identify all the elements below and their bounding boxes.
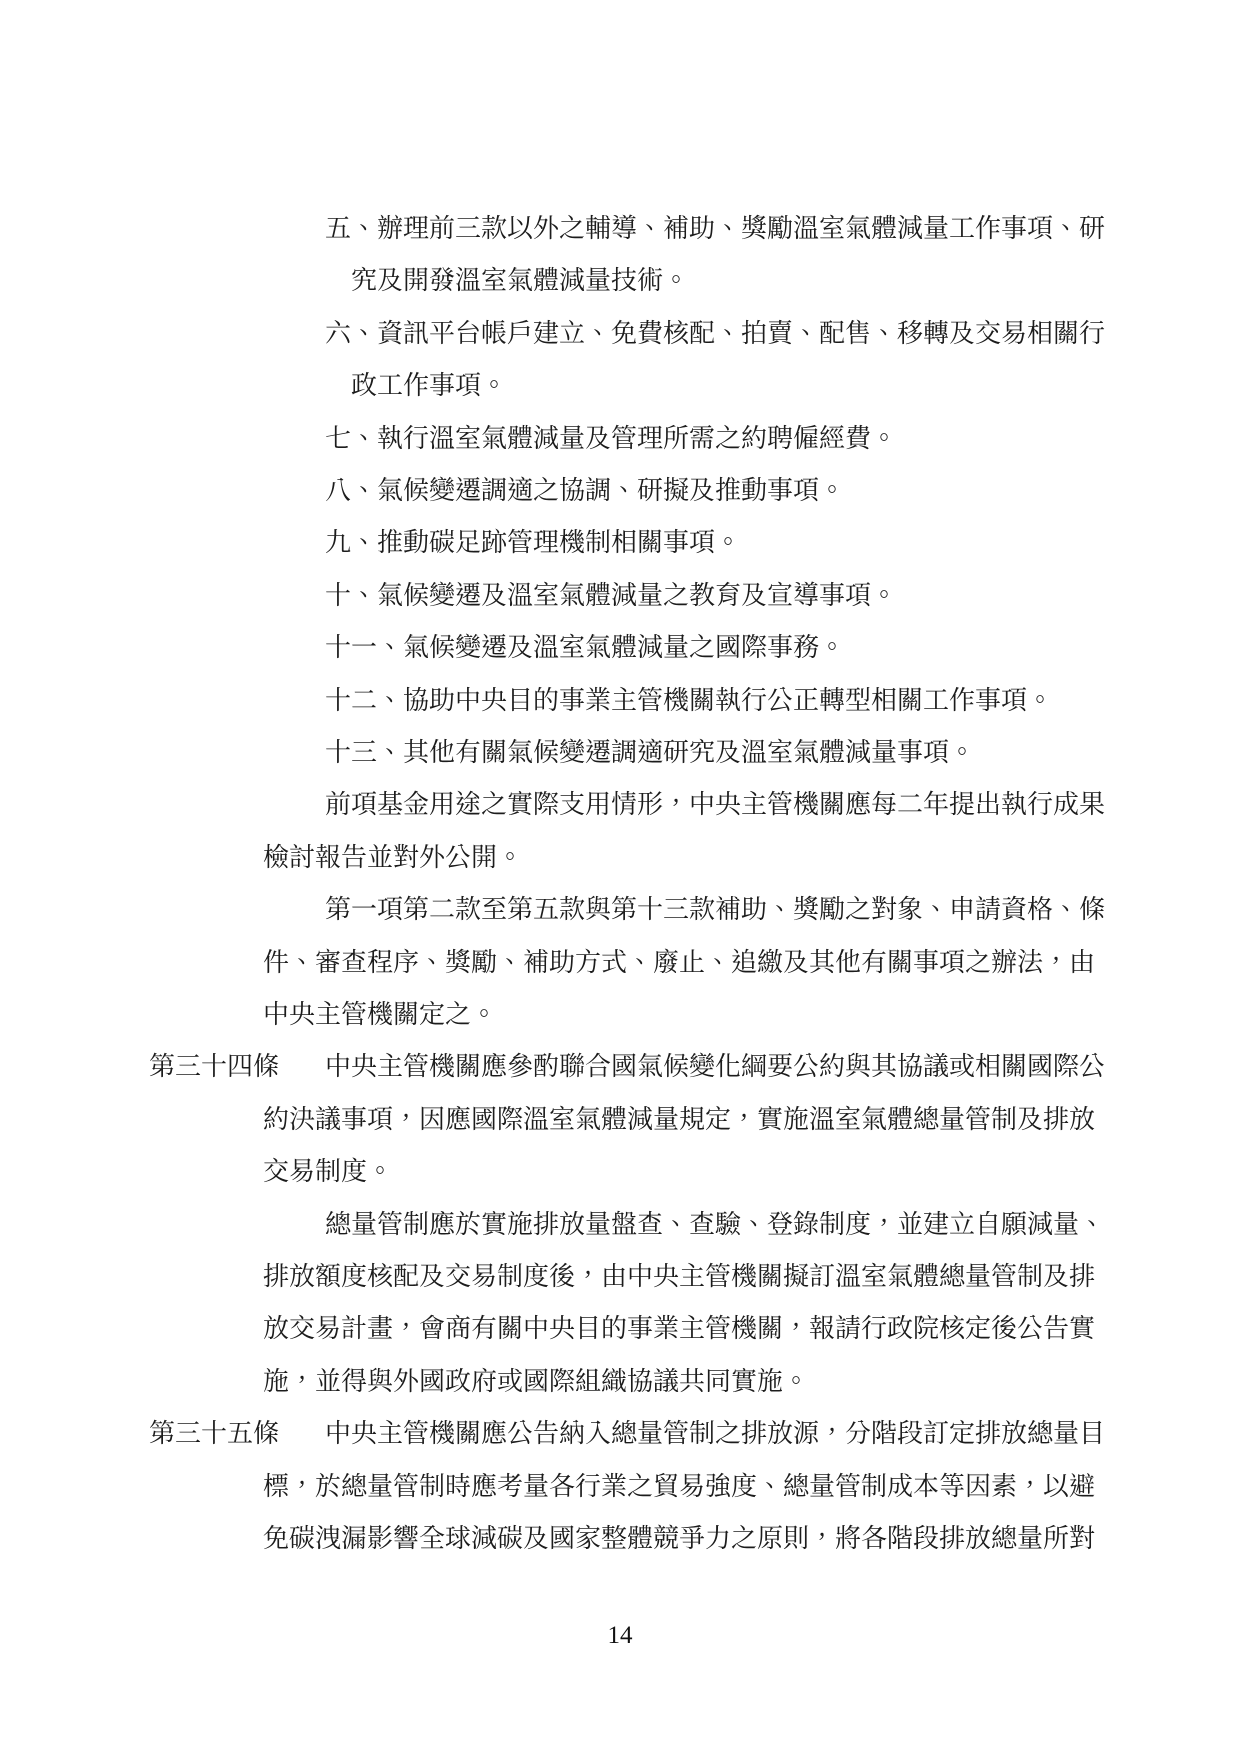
text-line: 中央主管機關定之。 <box>263 998 497 1032</box>
page-number: 14 <box>0 1622 1240 1650</box>
text-line: 排放額度核配及交易制度後，由中央主管機關擬訂溫室氣體總量管制及排 <box>263 1260 1095 1294</box>
text-line: 七、執行溫室氣體減量及管理所需之約聘僱經費。 <box>325 422 897 456</box>
text-line: 究及開發溫室氣體減量技術。 <box>351 264 689 298</box>
text-line: 前項基金用途之實際支用情形，中央主管機關應每二年提出執行成果 <box>325 788 1105 822</box>
text-line: 九、推動碳足跡管理機制相關事項。 <box>325 526 741 560</box>
text-line: 十三、其他有關氣候變遷調適研究及溫室氣體減量事項。 <box>325 736 975 770</box>
text-line: 八、氣候變遷調適之協調、研擬及推動事項。 <box>325 474 845 508</box>
text-line: 標，於總量管制時應考量各行業之貿易強度、總量管制成本等因素，以避 <box>263 1470 1095 1504</box>
text-line: 十二、協助中央目的事業主管機關執行公正轉型相關工作事項。 <box>325 684 1053 718</box>
text-line: 免碳洩漏影響全球減碳及國家整體競爭力之原則，將各階段排放總量所對 <box>263 1522 1095 1556</box>
article-number: 第三十五條 <box>149 1417 279 1451</box>
text-line: 六、資訊平台帳戶建立、免費核配、拍賣、配售、移轉及交易相關行 <box>325 317 1105 351</box>
document-page: 五、辦理前三款以外之輔導、補助、獎勵溫室氣體減量工作事項、研究及開發溫室氣體減量… <box>0 0 1240 1753</box>
text-line: 約決議事項，因應國際溫室氣體減量規定，實施溫室氣體總量管制及排放 <box>263 1103 1095 1137</box>
text-body: 五、辦理前三款以外之輔導、補助、獎勵溫室氣體減量工作事項、研究及開發溫室氣體減量… <box>0 0 1240 1753</box>
text-line: 第一項第二款至第五款與第十三款補助、獎勵之對象、申請資格、條 <box>325 893 1105 927</box>
text-line: 檢討報告並對外公開。 <box>263 841 523 875</box>
article-text: 中央主管機關應參酌聯合國氣候變化綱要公約與其協議或相關國際公 <box>325 1050 1105 1084</box>
article-text: 中央主管機關應公告納入總量管制之排放源，分階段訂定排放總量目 <box>325 1417 1105 1451</box>
text-line: 十、氣候變遷及溫室氣體減量之教育及宣導事項。 <box>325 579 897 613</box>
text-line: 總量管制應於實施排放量盤查、查驗、登錄制度，並建立自願減量、 <box>325 1208 1105 1242</box>
text-line: 交易制度。 <box>263 1155 393 1189</box>
text-line: 五、辦理前三款以外之輔導、補助、獎勵溫室氣體減量工作事項、研 <box>325 212 1105 246</box>
article-number: 第三十四條 <box>149 1050 279 1084</box>
text-line: 放交易計畫，會商有關中央目的事業主管機關，報請行政院核定後公告實 <box>263 1312 1095 1346</box>
text-line: 政工作事項。 <box>351 369 507 403</box>
text-line: 施，並得與外國政府或國際組織協議共同實施。 <box>263 1365 809 1399</box>
text-line: 件、審查程序、獎勵、補助方式、廢止、追繳及其他有關事項之辦法，由 <box>263 946 1095 980</box>
text-line: 十一、氣候變遷及溫室氣體減量之國際事務。 <box>325 631 845 665</box>
